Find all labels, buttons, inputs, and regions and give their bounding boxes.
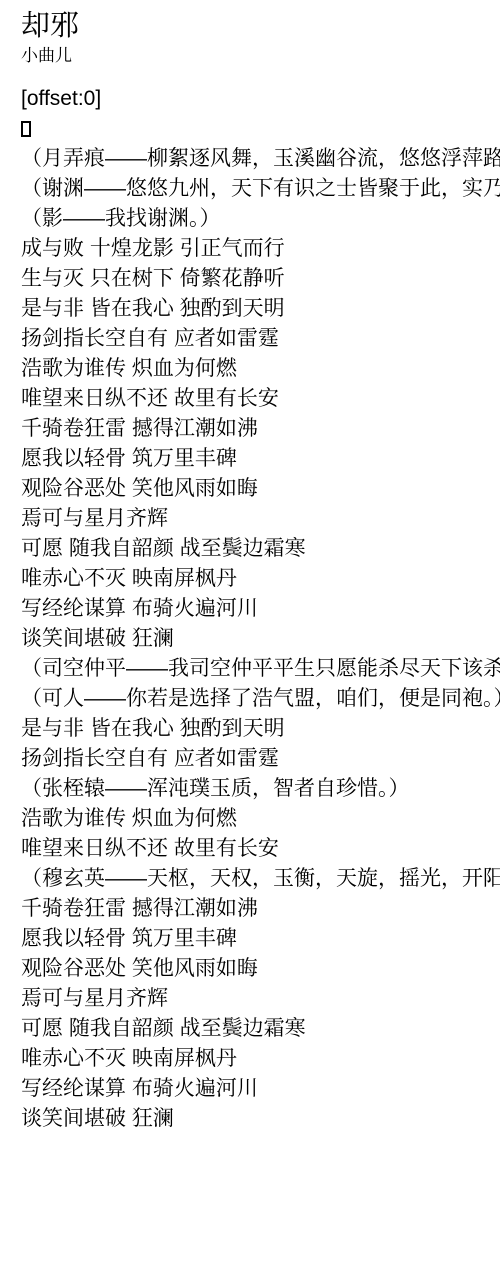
lyric-line: 是与非 皆在我心 独酌到天明	[21, 294, 500, 324]
lyric-line: 生与灭 只在树下 倚繁花静听	[21, 264, 500, 294]
lyric-line: 可愿 随我自韶颜 战至鬓边霜寒	[21, 534, 500, 564]
lyric-line: 扬剑指长空自有 应者如雷霆	[21, 744, 500, 774]
lyric-line: 可愿 随我自韶颜 战至鬓边霜寒	[21, 1014, 500, 1044]
lyric-line: 观险谷恶处 笑他风雨如晦	[21, 954, 500, 984]
lyric-line: 唯赤心不灭 映南屏枫丹	[21, 564, 500, 594]
lyric-line: 写经纶谋算 布骑火遍河川	[21, 1074, 500, 1104]
missing-glyph-box	[21, 121, 31, 137]
lyric-line: 扬剑指长空自有 应者如雷霆	[21, 324, 500, 354]
lrc-offset-meta: [offset:0]	[21, 84, 500, 114]
lyric-line: 唯望来日纵不还 故里有长安	[21, 384, 500, 414]
lyric-line: 千骑卷狂雷 撼得江潮如沸	[21, 414, 500, 444]
lyric-line: （可人——你若是选择了浩气盟，咱们，便是同袍。）	[21, 684, 500, 714]
lyric-line: （张桎辕——浑沌璞玉质，智者自珍惜。）	[21, 774, 500, 804]
lyric-line: 千骑卷狂雷 撼得江潮如沸	[21, 894, 500, 924]
lyric-line: 写经纶谋算 布骑火遍河川	[21, 594, 500, 624]
lyric-line: 浩歌为谁传 炽血为何燃	[21, 354, 500, 384]
lyric-line: 唯赤心不灭 映南屏枫丹	[21, 1044, 500, 1074]
lyric-line: 愿我以轻骨 筑万里丰碑	[21, 444, 500, 474]
lyrics-body: （月弄痕——柳絮逐风舞，玉溪幽谷流，悠悠浮萍路（谢渊——悠悠九州，天下有识之士皆…	[21, 144, 500, 1134]
lyric-line: （司空仲平——我司空仲平平生只愿能杀尽天下该杀之	[21, 654, 500, 684]
lyric-line: 焉可与星月齐辉	[21, 504, 500, 534]
lyric-line: 谈笑间堪破 狂澜	[21, 1104, 500, 1134]
lyric-line: （穆玄英——天枢，天权，玉衡，天旋，摇光，开阳，	[21, 864, 500, 894]
lyric-line: 是与非 皆在我心 独酌到天明	[21, 714, 500, 744]
lyric-line: 成与败 十煌龙影 引正气而行	[21, 234, 500, 264]
lyric-line: 观险谷恶处 笑他风雨如晦	[21, 474, 500, 504]
page-title: 却邪	[21, 8, 500, 45]
placeholder-glyph-line	[21, 114, 500, 144]
lyric-line: 谈笑间堪破 狂澜	[21, 624, 500, 654]
lyric-line: （影——我找谢渊。）	[21, 204, 500, 234]
lyric-line: （谢渊——悠悠九州，天下有识之士皆聚于此，实乃武	[21, 174, 500, 204]
lyric-line: （月弄痕——柳絮逐风舞，玉溪幽谷流，悠悠浮萍路	[21, 144, 500, 174]
artist-name: 小曲儿	[21, 45, 500, 67]
lyrics-document: 却邪 小曲儿 [offset:0] （月弄痕——柳絮逐风舞，玉溪幽谷流，悠悠浮萍…	[0, 0, 500, 1134]
lyric-line: 焉可与星月齐辉	[21, 984, 500, 1014]
lyric-line: 浩歌为谁传 炽血为何燃	[21, 804, 500, 834]
lyric-line: 唯望来日纵不还 故里有长安	[21, 834, 500, 864]
lyric-line: 愿我以轻骨 筑万里丰碑	[21, 924, 500, 954]
